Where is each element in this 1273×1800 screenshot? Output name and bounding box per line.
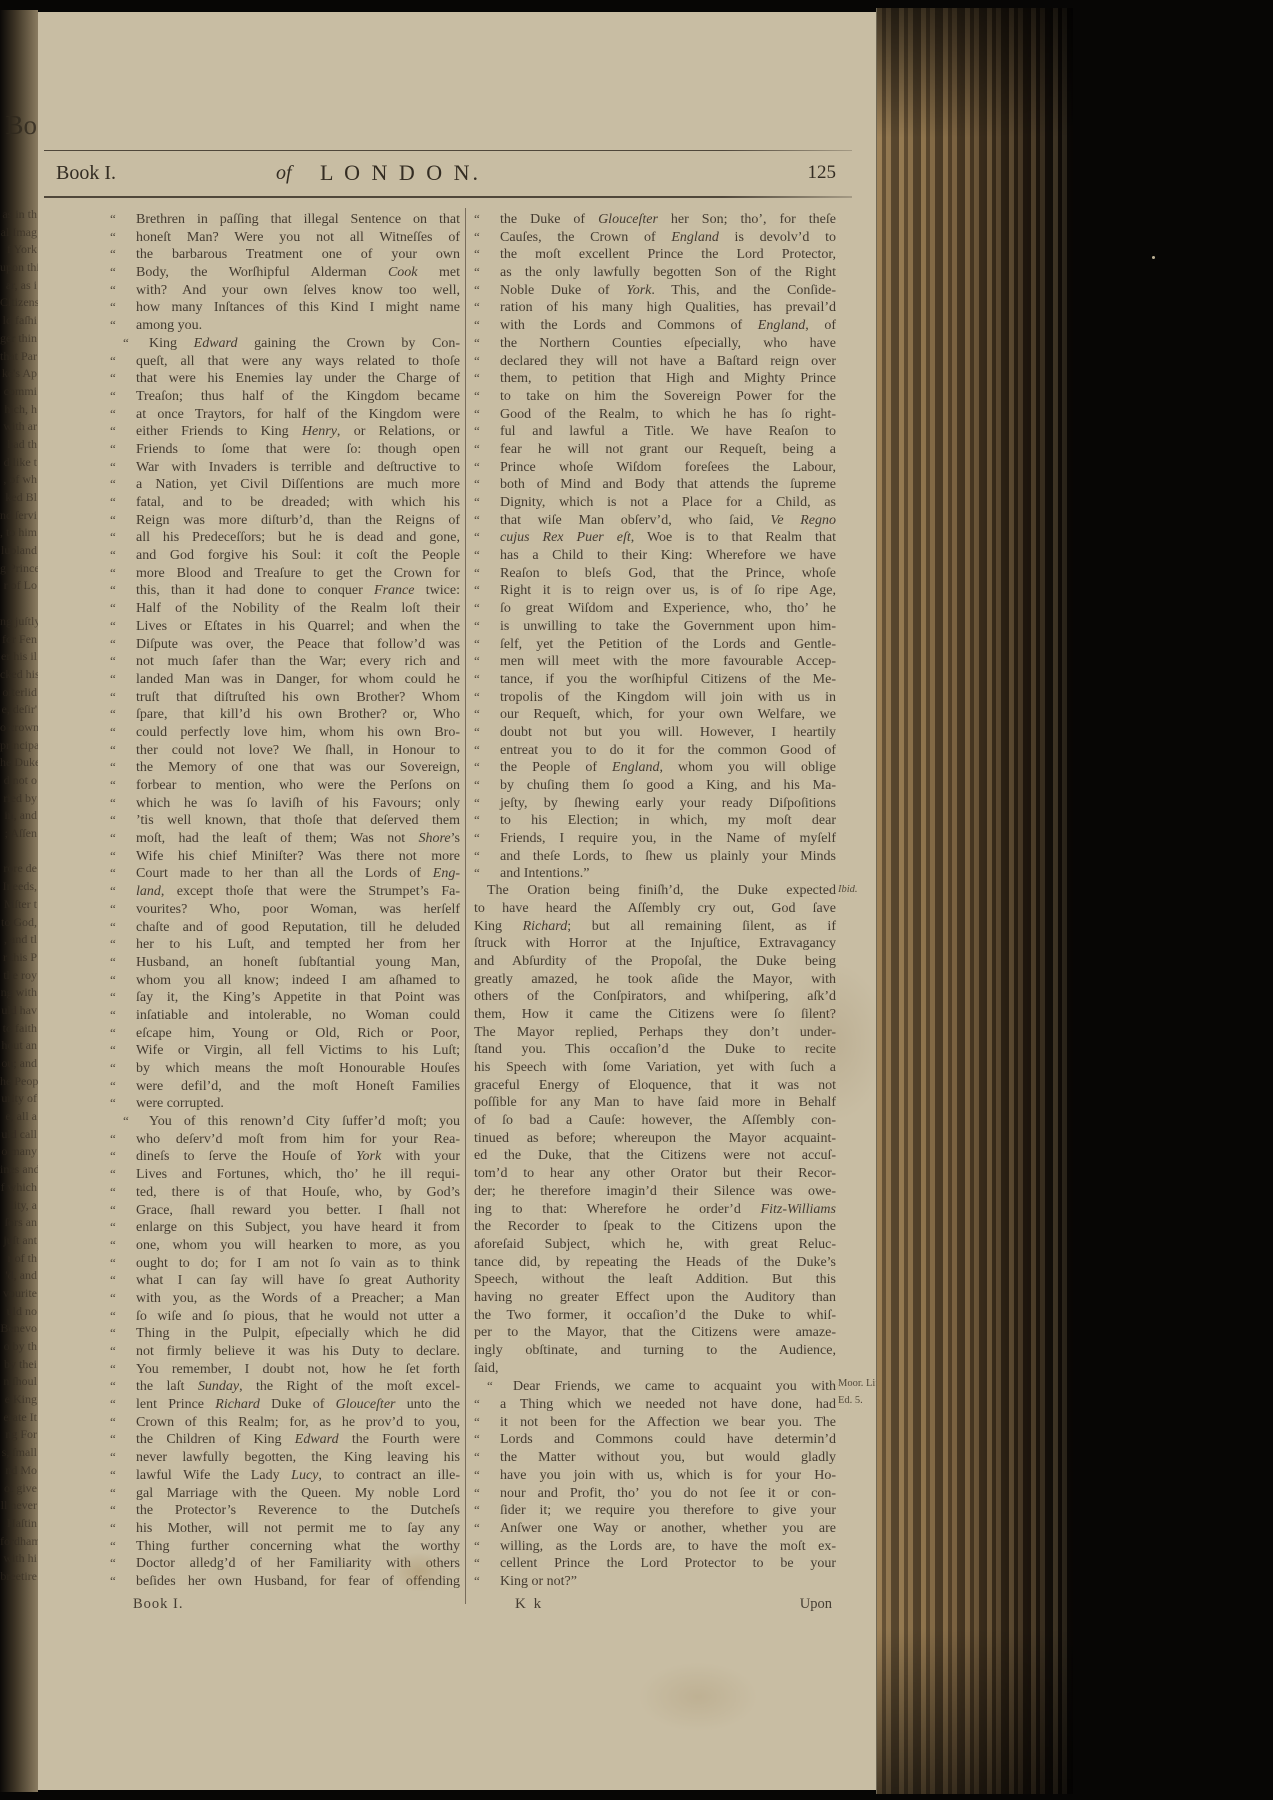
facing-page-text-fragment: he Peop — [0, 1073, 38, 1091]
text-line: “Thing in the Pulpit, eſpecially which h… — [110, 1324, 460, 1342]
text-line: “both of Mind and Body that attends the … — [474, 475, 836, 493]
facing-page-text-fragment: ng For — [0, 1426, 38, 1444]
text-line: “dineſs to ſerve the Houſe of York with … — [110, 1147, 460, 1165]
text-line: “ſelf, yet the Petition of the Lords and… — [474, 635, 836, 653]
text-line: “declared they will not have a Baſtard r… — [474, 352, 836, 370]
text-line: per to the Mayor, that the Citizens were… — [474, 1324, 836, 1342]
header-rule-bottom — [44, 196, 852, 198]
page-number: 125 — [808, 162, 837, 184]
facing-page-text-fragment: urity of — [0, 1090, 38, 1108]
text-line: “that were his Enemies lay under the Cha… — [110, 369, 460, 387]
text-line: “doubt not but you will. However, I hear… — [474, 723, 836, 741]
facing-page-text-fragment: d not o — [0, 772, 38, 790]
text-line: poſſible for any Man to have ſaid more i… — [474, 1094, 836, 1112]
text-line: der; he therefore imagin’d their Silence… — [474, 1183, 836, 1201]
text-line: “could perfectly love him, whom his own … — [110, 723, 460, 741]
text-line: “forbear to mention, who were the Perſon… — [110, 776, 460, 794]
catchword: Upon — [800, 1596, 832, 1613]
title-of: of — [276, 162, 292, 185]
facing-page-text-fragment: g Prince — [0, 560, 38, 578]
text-line: “Anſwer one Way or another, whether you … — [474, 1519, 836, 1537]
text-line: “Wife or Virgin, all fell Victims to his… — [110, 1041, 460, 1059]
text-line: “You of this renown’d City ſuffer’d moſt… — [110, 1112, 460, 1130]
text-line: “ſo great Wiſdom and Experience, who, th… — [474, 599, 836, 617]
facing-page-fragment-large: Bo — [5, 110, 37, 141]
text-line: “’tis well known, that thoſe that deſerv… — [110, 811, 460, 829]
text-line: “lawful Wife the Lady Lucy, to contract … — [110, 1466, 460, 1484]
facing-page-text-fragment: Haſtin — [0, 1515, 38, 1533]
column-divider-rule — [465, 208, 466, 1604]
text-line: “ought to do; for I am not ſo vain as to… — [110, 1254, 460, 1272]
text-line: “Brethren in paſſing that illegal Senten… — [110, 210, 460, 228]
text-line: graceful Energy of Eloquence, that it wa… — [474, 1077, 836, 1095]
text-line: “the barbarous Treatment one of your own — [110, 245, 460, 263]
book-fore-edge — [876, 8, 1073, 1794]
text-line: “land, except thoſe that were the Strump… — [110, 882, 460, 900]
text-line: “not much ſafer than the War; every rich… — [110, 652, 460, 670]
facing-page-text-fragment: hout an — [0, 1037, 38, 1055]
text-line: “tance, if you the worſhipful Citizens o… — [474, 670, 836, 688]
text-line: “Husband, an honeſt ſubſtantial young Ma… — [110, 953, 460, 971]
text-line: “never lawfully begotten, the King leavi… — [110, 1448, 460, 1466]
text-line: “Diſpute was over, the Peace that follow… — [110, 635, 460, 653]
paper-stain — [638, 1662, 758, 1732]
text-line: “Lords and Commons could have determin’d — [474, 1430, 836, 1448]
text-line: “Lives and Fortunes, which, tho’ he ill … — [110, 1165, 460, 1183]
text-line: “more Blood and Treaſure to get the Crow… — [110, 564, 460, 582]
text-line: to have heard the Aſſembly cry out, God … — [474, 900, 836, 918]
book-page: Book I. of L O N D O N. 125 “Brethren in… — [38, 12, 876, 1790]
text-line: “the Children of King Edward the Fourth … — [110, 1430, 460, 1448]
text-line: ing to that: Wherefore he order’d Fitz-W… — [474, 1201, 836, 1219]
text-line: “by which means the moſt Honourable Houſ… — [110, 1059, 460, 1077]
text-line: “ſpare, that kill’d his own Brother? or,… — [110, 705, 460, 723]
facing-page-text-fragment: ked Bl — [0, 489, 38, 507]
facing-page-text-fragment: ſors an — [0, 1214, 38, 1232]
text-line: “Treaſon; thus half of the Kingdom becam… — [110, 387, 460, 405]
text-line: “Friends to ſome that were ſo: though op… — [110, 440, 460, 458]
text-line: “You remember, I doubt not, how he ſet f… — [110, 1360, 460, 1378]
text-line: and Abſurdity of the Propoſal, the Duke … — [474, 953, 836, 971]
text-line: “with the Lords and Commons of England, … — [474, 316, 836, 334]
text-line: ſtand you. This occaſion’d the Duke to r… — [474, 1041, 836, 1059]
text-line: “entreat you to do it for the common Goo… — [474, 741, 836, 759]
text-line: aforeſaid Subject, which he, with great … — [474, 1236, 836, 1254]
text-line: “not firmly believe it was his Duty to d… — [110, 1342, 460, 1360]
gathering-signature: K k — [515, 1596, 543, 1613]
text-line: Speech, without the leaſt Addition. But … — [474, 1271, 836, 1289]
facing-page-text-fragment: e, deſir' — [0, 701, 38, 719]
text-line: them, How it came the Citizens were ſo ſ… — [474, 1006, 836, 1024]
facing-page-text-fragment: e King — [0, 1391, 38, 1409]
text-line: “one, whom you will hearken to more, as … — [110, 1236, 460, 1254]
text-line: “by chuſing them ſo good a King, and his… — [474, 776, 836, 794]
text-column-right: “the Duke of Glouceſter her Son; tho’, f… — [474, 210, 836, 1590]
text-line: “were corrupted. — [110, 1094, 460, 1112]
text-line: “enlarge on this Subject, you have heard… — [110, 1218, 460, 1236]
text-line: “who deſerv’d moſt from him for your Rea… — [110, 1130, 460, 1148]
text-line: “ther could not love? We ſhall, in Honou… — [110, 741, 460, 759]
facing-page-text-fragment: to faith — [0, 1020, 38, 1038]
text-line: “has a Child to their King: Wherefore we… — [474, 546, 836, 564]
text-line: King Richard; but all remaining ſilent, … — [474, 918, 836, 936]
text-line: “King or not?” — [474, 1572, 836, 1590]
margin-note-ibid: Ibid. — [838, 884, 858, 895]
text-line: “Friends, I require you, in the Name of … — [474, 829, 836, 847]
text-line: “Reign was more diſturb’d, than the Reig… — [110, 511, 460, 529]
facing-page-text-fragment: erate It — [0, 1409, 38, 1427]
facing-page-text-fragment: ng with — [0, 984, 38, 1002]
facing-page-text-fragment: hich, h — [0, 401, 38, 419]
text-line: “how many Inſtances of this Kind I might… — [110, 298, 460, 316]
text-line: The Mayor replied, Perhaps they don’t un… — [474, 1024, 836, 1042]
text-line: “King Edward gaining the Crown by Con- — [110, 334, 460, 352]
text-line: “that wiſe Man obſerv’d, who ſaid, Ve Re… — [474, 511, 836, 529]
facing-page-text-fragment: lubland — [0, 542, 38, 560]
text-line: the Recorder to ſpeak to the Citizens up… — [474, 1218, 836, 1236]
text-line: ſtruck with Horror at the Injuſtice, Ext… — [474, 935, 836, 953]
facing-page-text-fragment: d like t — [0, 454, 38, 472]
text-line: “Noble Duke of York. This, and the Conſi… — [474, 281, 836, 299]
text-line: “with? And your own ſelves know too well… — [110, 281, 460, 299]
text-line: “gal Marriage with the Queen. My noble L… — [110, 1484, 460, 1502]
facing-page-text-fragment: commi — [0, 383, 38, 401]
text-line: “queſt, all that were any ways related t… — [110, 352, 460, 370]
text-line: “ration of his many high Qualities, has … — [474, 298, 836, 316]
facing-page-text-fragment: r of Lo — [0, 577, 38, 595]
facing-page-text-fragment: breetire — [0, 1568, 38, 1586]
facing-page-text-fragment: ines and — [0, 1161, 38, 1179]
text-line: “Cauſes, the Crown of England is devolv’… — [474, 228, 836, 246]
text-line: “the Duke of Glouceſter her Son; tho’, f… — [474, 210, 836, 228]
text-line: “were defil’d, and the moſt Honeſt Famil… — [110, 1077, 460, 1095]
text-line: “to his Election; in which, my moſt dear — [474, 811, 836, 829]
text-line: others of the Conſpirators, and whiſperi… — [474, 988, 836, 1006]
text-line: “willing, as the Lords are, to have the … — [474, 1537, 836, 1555]
facing-page-text-fragment: , and tl — [0, 931, 38, 949]
text-line: “this, than it had done to conquer Franc… — [110, 581, 460, 599]
facing-page-text-fragment: o many — [0, 1143, 38, 1161]
text-line: “ful and lawful a Title. We have Reaſon … — [474, 422, 836, 440]
text-line: “what I can ſay will have ſo great Autho… — [110, 1271, 460, 1289]
margin-note-source-line2: Ed. 5. — [838, 1395, 863, 1406]
facing-page-text-fragment: to God, — [0, 914, 38, 932]
text-line: “ſay it, the King’s Appetite in that Poi… — [110, 988, 460, 1006]
facing-page-text-fragment: o crown — [0, 719, 38, 737]
text-line: “and God forgive his Soul: it coſt the P… — [110, 546, 460, 564]
facing-page-text-fragment: ng juſtly — [0, 613, 38, 631]
facing-page-text-fragment: upon thi — [0, 259, 38, 277]
facing-page-text-fragment: ou; and — [0, 1055, 38, 1073]
text-line: having no greater Effect upon the Audito… — [474, 1289, 836, 1307]
text-line: “War with Invaders is terrible and deſtr… — [110, 458, 460, 476]
facing-page-text-fragment: ar, as i — [0, 277, 38, 295]
text-line: tinued as before; whereupon the Mayor ac… — [474, 1130, 836, 1148]
text-column-left: “Brethren in paſſing that illegal Senten… — [110, 210, 460, 1590]
text-line: “nour and Profit, tho’ you do not ſee it… — [474, 1484, 836, 1502]
facing-page-text-fragment: the roy — [0, 967, 38, 985]
facing-page-text-fragment: uld call — [0, 1126, 38, 1144]
facing-page-text-fragment: oſterlid — [0, 684, 38, 702]
facing-page-text-fragment: n ſhoul — [0, 1373, 38, 1391]
facing-page-text-fragment: al Imag — [0, 224, 38, 242]
facing-page-text-fragment: Citizens — [0, 294, 38, 312]
text-line: “Body, the Worſhipful Alderman Cook met — [110, 263, 460, 281]
text-line: “it not been for the Affection we bear y… — [474, 1413, 836, 1431]
facing-page-text-fragment — [0, 843, 38, 861]
facing-page-text-fragment: f which — [0, 1179, 38, 1197]
facing-page-text-fragment: for Fen — [0, 631, 38, 649]
facing-page-text-fragment: he Duke — [0, 754, 38, 772]
text-line: “Dear Friends, we came to acquaint you w… — [474, 1377, 836, 1395]
facing-page-text-fragment: nd ſervi — [0, 507, 38, 525]
text-line: “ſo wiſe and ſo pious, that he would not… — [110, 1307, 460, 1325]
facing-page-text-fragment: principa — [0, 737, 38, 755]
facing-page-text-fragment: Mſter t — [0, 896, 38, 914]
text-line: “Half of the Nobility of the Realm loſt … — [110, 599, 460, 617]
facing-page-text-fragment: , of wh — [0, 471, 38, 489]
text-line: “at once Traytors, for half of the Kingd… — [110, 405, 460, 423]
facing-page-text-fragment: 'd, and — [0, 1267, 38, 1285]
text-line: ingly obſtinate, and turning to the Audi… — [474, 1342, 836, 1360]
text-line: “all his Predeceſſors; but he is dead an… — [110, 528, 460, 546]
facing-page-text-fragment: o by th — [0, 1338, 38, 1356]
facing-page-text-fragment: as in th — [0, 206, 38, 224]
text-line: “whom you all know; indeed I am aſhamed … — [110, 971, 460, 989]
text-line: “Thing further concerning what the worth… — [110, 1537, 460, 1555]
facing-page-text-fragment: f York — [0, 241, 38, 259]
text-line: “and theſe Lords, to ſhew us plainly you… — [474, 847, 836, 865]
text-line: “ted, there is of that Houſe, who, by Go… — [110, 1183, 460, 1201]
book-label: Book I. — [56, 162, 116, 185]
text-line: “the Protector’s Reverence to the Dutche… — [110, 1501, 460, 1519]
text-line: “is unwilling to take the Government upo… — [474, 617, 836, 635]
text-line: “inſatiable and intolerable, no Woman co… — [110, 1006, 460, 1024]
facing-page-text-fragment: fordham — [0, 1533, 38, 1551]
facing-page-text-fragment: uld no — [0, 1303, 38, 1321]
facing-page-text-fragment: ger thin — [0, 330, 38, 348]
facing-page-text-fragment: nd Mo — [0, 1462, 38, 1480]
facing-page-text-fragment: Benevo — [0, 1320, 38, 1338]
text-line: “truſt that diſtruſted his own Brother? … — [110, 688, 460, 706]
text-line: “cellent Prince the Lord Protector to be… — [474, 1554, 836, 1572]
text-line: “chaſte and of good Reputation, till he … — [110, 918, 460, 936]
text-line: “which he was ſo laviſh of his Favours; … — [110, 794, 460, 812]
facing-page-text-fragment: r this P — [0, 949, 38, 967]
text-line: The Oration being finiſh’d, the Duke exp… — [474, 882, 836, 900]
text-line: “the People of England, whom you will ob… — [474, 758, 836, 776]
text-line: “eſcape him, Young or Old, Rich or Poor, — [110, 1024, 460, 1042]
text-line: “fatal, and to be dreaded; with which hi… — [110, 493, 460, 511]
text-line: “his Mother, will not permit me to ſay a… — [110, 1519, 460, 1537]
text-line: “Right it is to reign over us, is of ſo … — [474, 581, 836, 599]
dust-speck — [1152, 256, 1155, 259]
book-scan: Bo as in thal Imagf Yorkupon thiar, as i… — [0, 0, 1273, 1800]
text-line: “and Intentions.” — [474, 864, 836, 882]
footer-book-signature: Book I. — [133, 1596, 184, 1613]
text-line: tom’d to hear any other Orator but their… — [474, 1165, 836, 1183]
facing-page-text-fragment: uld hav — [0, 1002, 38, 1020]
text-line: “Lives or Eſtates in his Quarrel; and wh… — [110, 617, 460, 635]
facing-page-text-fragment: e, all a — [0, 1108, 38, 1126]
text-line: “her to his Luſt, and tempted her from h… — [110, 935, 460, 953]
text-line: “among you. — [110, 316, 460, 334]
text-line: “with you, as the Words of a Preacher; a… — [110, 1289, 460, 1307]
facing-page-text-fragment: by thei — [0, 1356, 38, 1374]
facing-page-text-fragment: lity, a — [0, 1197, 38, 1215]
text-line: “the Matter without you, but would gladl… — [474, 1448, 836, 1466]
header-rule-top — [44, 150, 852, 151]
facing-page-text-fragment: Ineeds, — [0, 878, 38, 896]
facing-page-text-fragment: ried by — [0, 790, 38, 808]
text-line: “lent Prince Richard Duke of Glouceſter … — [110, 1395, 460, 1413]
text-line: “Doctor alledg’d of her Familiarity with… — [110, 1554, 460, 1572]
text-line: his Speech with ſome Variation, yet with… — [474, 1059, 836, 1077]
facing-page-text-fragment: ; Aſſen — [0, 825, 38, 843]
text-line: “beſides her own Husband, for fear of of… — [110, 1572, 460, 1590]
text-line: “Dignity, which is not a Place for a Chi… — [474, 493, 836, 511]
facing-page-fragments: as in thal Imagf Yorkupon thiar, as iCit… — [0, 206, 38, 1586]
text-line: “tropolis of the Kingdom will join with … — [474, 688, 836, 706]
text-line: “Grace, ſhall reward you better. I ſhall… — [110, 1201, 460, 1219]
text-line: “a Nation, yet Civil Diſſentions are muc… — [110, 475, 460, 493]
facing-page-text-fragment: ld faſhi — [0, 312, 38, 330]
text-line: “a Thing which we needed not have done, … — [474, 1395, 836, 1413]
facing-page-text-fragment: had th — [0, 436, 38, 454]
text-line: “vourites? Who, poor Woman, was herſelf — [110, 900, 460, 918]
text-line: “Crown of this Realm; for, as he prov’d … — [110, 1413, 460, 1431]
text-line: “Good of the Realm, to which he has ſo r… — [474, 405, 836, 423]
running-head: Book I. of L O N D O N. 125 — [38, 158, 876, 192]
facing-page-text-fragment: vourite — [0, 1285, 38, 1303]
text-line: “Court made to her than all the Lords of… — [110, 864, 460, 882]
text-line: “cujus Rex Puer eſt, Woe is to that Real… — [474, 528, 836, 546]
text-line: ed the Duke, that the Citizens were not … — [474, 1147, 836, 1165]
text-line: “fear he will not grant our Requeſt, bei… — [474, 440, 836, 458]
text-line: “the moſt excellent Prince the Lord Prot… — [474, 245, 836, 263]
text-line: “Wife his chief Miniſter? Was there not … — [110, 847, 460, 865]
text-line: “either Friends to King Henry, or Relati… — [110, 422, 460, 440]
text-line: “Prince whoſe Wiſdom foreſees the Labour… — [474, 458, 836, 476]
facing-page-text-fragment: rore de — [0, 860, 38, 878]
facing-page-text-fragment: that Par — [0, 348, 38, 366]
text-line: “jeſty, by ſhewing early your ready Diſp… — [474, 794, 836, 812]
page-title: L O N D O N. — [320, 160, 481, 186]
text-line: the Two former, it occaſion’d the Duke t… — [474, 1307, 836, 1325]
text-line: “the Memory of one that was our Sovereig… — [110, 758, 460, 776]
facing-page-text-fragment: with hi — [0, 1550, 38, 1568]
text-line: “landed Man was in Danger, for whom coul… — [110, 670, 460, 688]
facing-page-text-fragment: ll never — [0, 1497, 38, 1515]
text-line: “them, to petition that High and Mighty … — [474, 369, 836, 387]
text-line: “the Northern Counties eſpecially, who h… — [474, 334, 836, 352]
text-line: “the laſt Sunday, the Right of the moſt … — [110, 1377, 460, 1395]
text-line: “have you join with us, which is for you… — [474, 1466, 836, 1484]
text-line: of ſo bad a Cauſe: however, the Aſſembly… — [474, 1112, 836, 1130]
facing-page-text-fragment: r of th — [0, 1250, 38, 1268]
facing-page-text-fragment: , to him — [0, 524, 38, 542]
facing-page-text-fragment: er his il — [0, 648, 38, 666]
text-line: “Reaſon to bleſs God, that the Prince, w… — [474, 564, 836, 582]
text-line: tance did, by repeating the Heads of the… — [474, 1254, 836, 1272]
text-line: greatly amazed, he took aſide the Mayor,… — [474, 971, 836, 989]
text-line: “honeſt Man? Were you not all Witneſſes … — [110, 228, 460, 246]
text-line: ſaid, — [474, 1360, 836, 1378]
facing-page-text-fragment: juſt ant — [0, 1232, 38, 1250]
text-line: “our Requeſt, which, for your own Welfar… — [474, 705, 836, 723]
facing-page-text-fragment: in, and — [0, 807, 38, 825]
facing-page-text-fragment: s, ſmall — [0, 1444, 38, 1462]
facing-page-edge: Bo as in thal Imagf Yorkupon thiar, as i… — [0, 10, 38, 1792]
facing-page-text-fragment — [0, 595, 38, 613]
facing-page-text-fragment: ot give — [0, 1480, 38, 1498]
text-line: “to take on him the Sovereign Power for … — [474, 387, 836, 405]
text-line: “men will meet with the more favourable … — [474, 652, 836, 670]
text-line: “ſider it; we require you therefore to g… — [474, 1501, 836, 1519]
text-line: “as the only lawfully begotten Son of th… — [474, 263, 836, 281]
facing-page-text-fragment: with ar — [0, 418, 38, 436]
facing-page-text-fragment: cked his — [0, 666, 38, 684]
facing-page-text-fragment: ke's Ap — [0, 365, 38, 383]
text-line: “moſt, had the leaſt of them; Was not Sh… — [110, 829, 460, 847]
